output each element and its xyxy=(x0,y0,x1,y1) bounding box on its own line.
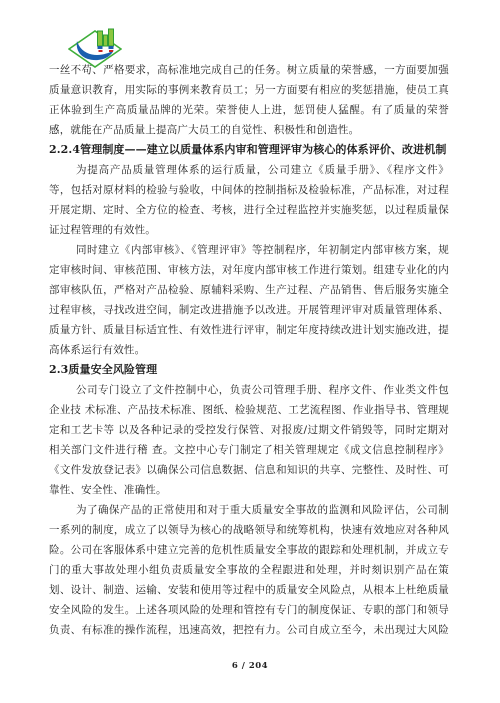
text-line: 企业技 术标准、产品技术标准、图纸、检验规范、工艺流程图、作业指导书、管理规 xyxy=(49,400,449,420)
text-line: 为了确保产品的正常使用和对于重大质量安全事故的监测和风险评估，公司制定 xyxy=(49,500,449,520)
logo-bars-icon xyxy=(98,29,114,52)
text-line: 定审核时间、审核范围、审核方法，对年度内部审核工作进行策划。组建专业化的内 xyxy=(49,260,449,280)
text-line: 相关部门文件进行稽 查。文控中心专门制定了相关管理规定《成文信息控制程序》 xyxy=(49,440,449,460)
page-number: 6 / 204 xyxy=(0,661,500,671)
text-line: 为提高产品质量管理体系的运行质量，公司建立《质量手册》、《程序文件》 xyxy=(49,160,449,180)
section-heading: 2.3质量安全风险管理 xyxy=(49,360,449,380)
logo-accent-mark xyxy=(109,50,113,52)
logo-accent-mark xyxy=(99,50,103,52)
document-page: { "page": { "background": "#ffffff", "te… xyxy=(0,0,500,703)
text-line: 公司专门设立了文件控制中心，负责公司管理手册、程序文件、作业类文件包括 xyxy=(49,380,449,400)
section-heading: 2.2.4管理制度——建立以质量体系内审和管理评审为核心的体系评价、改进机制 xyxy=(49,140,449,160)
text-line: 门的重大事故处理小组负责质量安全事故的全程跟进和处理，并时刻识别产品在策 xyxy=(49,560,449,580)
text-line: 等，包括对原材料的检验与验收，中间体的控制指标及检验标准，产品标准，对过程 xyxy=(49,180,449,200)
text-line: 一系列的制度，成立了以领导为核心的战略领导和统筹机构，快速有效地应对各种风 xyxy=(49,520,449,540)
document-lines: 一丝不苟、严格要求，高标准地完成自己的任务。树立质量的荣誉感，一方面要加强质量意… xyxy=(49,60,449,640)
text-line: 安全风险的发生。上述各项风险的处理和管控有专门的制度保证、专职的部门和领导 xyxy=(49,600,449,620)
text-line: 靠性、安全性、准确性。 xyxy=(49,480,449,500)
text-line: 负责、有标准的操作流程，迅速高效，把控有力。公司自成立至今，未出现过大风险 xyxy=(49,620,449,640)
text-line: 证过程管理的有效性。 xyxy=(49,220,449,240)
text-line: 划、设计、制造、运输、安装和使用等过程中的质量安全风险点，从根本上杜绝质量 xyxy=(49,580,449,600)
text-line: 过程审核，寻找改进空间，制定改进措施予以改进。开展管理评审对质量管理体系、 xyxy=(49,300,449,320)
text-line: 开展定期、定时、全方位的检查、考核，进行全过程监控并实施奖惩，以过程质量保 xyxy=(49,200,449,220)
text-line: 同时建立《内部审核》、《管理评审》等控制程序，年初制定内部审核方案，规 xyxy=(49,240,449,260)
text-line: 质量方针、质量目标适宜性、有效性进行评审，制定年度持续改进计划实施改进，提 xyxy=(49,320,449,340)
text-line: 高体系运行有效性。 xyxy=(49,340,449,360)
text-line: 部审核队伍，严格对产品检验、原辅料采购、生产过程、产品销售、售后服务实施全 xyxy=(49,280,449,300)
text-line: 正体验到生产高质量品牌的光荣。荣誉使人上进，惩罚使人猛醒。有了质量的荣誉 xyxy=(49,100,449,120)
text-line: 一丝不苟、严格要求，高标准地完成自己的任务。树立质量的荣誉感，一方面要加强 xyxy=(49,60,449,80)
text-line: 质量意识教育，用实际的事例来教育员工；另一方面要有相应的奖惩措施，使员工真 xyxy=(49,80,449,100)
text-line: 感，就能在产品质量上提高广大员工的自觉性、积极性和创造性。 xyxy=(49,120,449,140)
text-line: 险。公司在客服体系中建立完善的危机性质量安全事故的跟踪和处理机制，并成立专 xyxy=(49,540,449,560)
text-line: 《文件发放登记表》以确保公司信息数据、信息和知识的共享、完整性、及时性、可 xyxy=(49,460,449,480)
text-line: 定和工艺卡等 以及各种记录的受控发行保管、对报废/过期文件销毁等，同时定期对各 xyxy=(49,420,449,440)
